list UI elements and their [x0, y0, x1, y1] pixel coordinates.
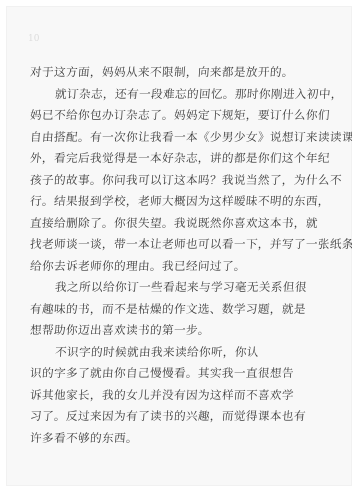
text-line: 有趣味的书，而不是枯燥的作文选、数学习题，就是: [29, 299, 343, 321]
text-line: 识的字多了就由你自己慢慢看。其实我一直很想告: [29, 363, 343, 385]
text-line: 许多看不够的东西。: [29, 428, 343, 450]
page-number: 10: [28, 34, 39, 44]
handwritten-text-body: 对于这方面，妈妈从来不限制，向来都是放开的。 就订杂志，还有一段难忘的回忆。那时…: [30, 62, 342, 449]
text-line-paragraph-start: 就订杂志，还有一段难忘的回忆。那时你刚进入初中，: [29, 84, 343, 106]
text-line: 妈已不给你包办订杂志了。妈妈定下规矩，要订什么你们: [29, 105, 343, 127]
text-line: 对于这方面，妈妈从来不限制，向来都是放开的。: [29, 62, 343, 84]
text-line: 行。结果报到学校，老师大概因为这样暧昧不明的东西，: [29, 191, 343, 213]
scanned-letter-page: 10 对于这方面，妈妈从来不限制，向来都是放开的。 就订杂志，还有一段难忘的回忆…: [6, 6, 352, 486]
text-line: 直接给删除了。你很失望。我说既然你喜欢这本书，就: [29, 213, 343, 235]
text-line: 想帮助你迈出喜欢读书的第一步。: [29, 320, 343, 342]
scan-margin: [352, 6, 362, 486]
text-line: 找老师谈一谈，带一本让老师也可以看一下，并写了一张纸条: [29, 234, 343, 256]
text-line: 自由搭配。有一次你让我看一本《少男少女》说想订来读读课: [29, 127, 343, 149]
text-line-paragraph-start: 不识字的时候就由我来读给你听，你认: [29, 342, 343, 364]
text-line: 外，看完后我觉得是一本好杂志，讲的都是你们这个年纪: [29, 148, 343, 170]
text-line-paragraph-start: 我之所以给你订一些看起来与学习毫无关系但很: [29, 277, 343, 299]
text-line: 习了。反过来因为有了读书的兴趣，而觉得课本也有: [29, 406, 343, 428]
text-line: 给你去诉老师你的理由。我已经问过了。: [29, 256, 343, 278]
text-line: 孩子的故事。你问我可以订这本吗？我说当然了，为什么不: [29, 170, 343, 192]
text-line: 诉其他家长，我的女儿并没有因为这样而不喜欢学: [29, 385, 343, 407]
